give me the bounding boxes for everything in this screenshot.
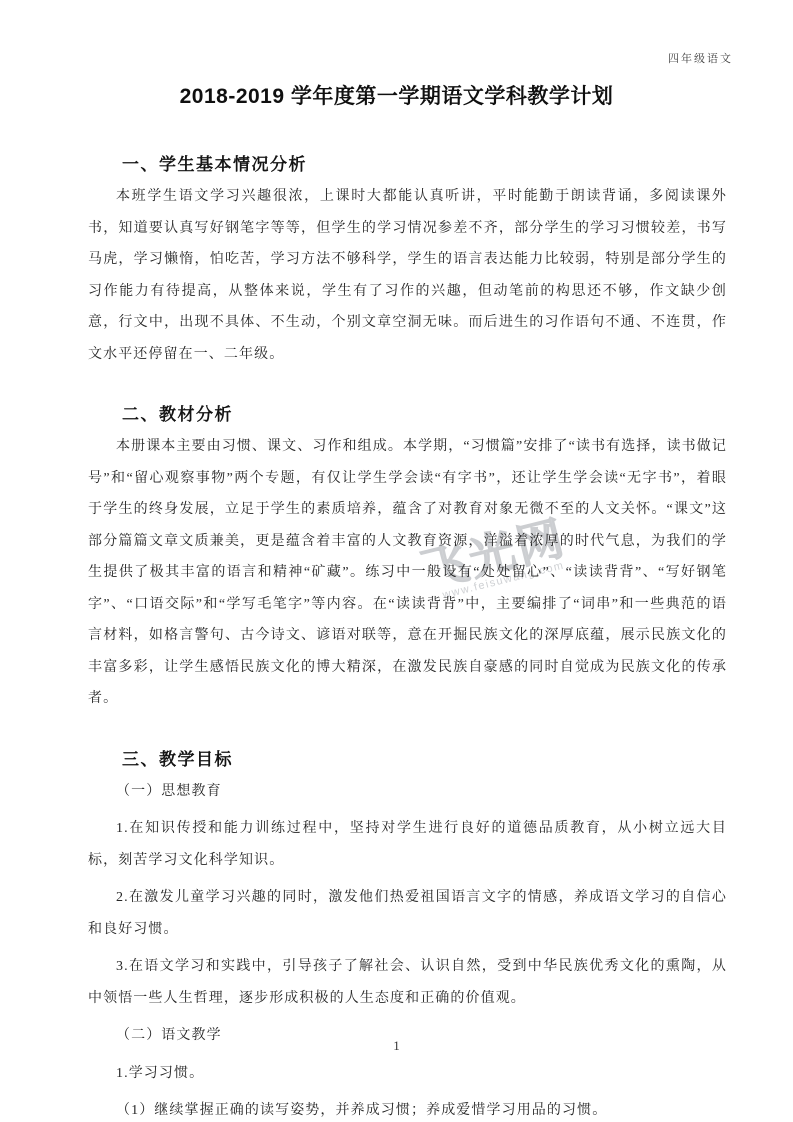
subheading-ideological-education: （一）思想教育	[88, 776, 727, 808]
section-heading-teaching-goals: 三、教学目标	[88, 745, 727, 770]
section-heading-textbook-analysis: 二、教材分析	[88, 400, 727, 425]
document-body: 一、学生基本情况分析 本班学生语文学习兴趣很浓，上课时大都能认真听讲，平时能勤于…	[0, 150, 793, 1122]
section-heading-student-analysis: 一、学生基本情况分析	[88, 150, 727, 175]
paragraph-goal-1: 1.在知识传授和能力训练过程中，坚持对学生进行良好的道德品质教育，从小树立远大目…	[88, 813, 727, 876]
paragraph-student-analysis: 本班学生语文学习兴趣很浓，上课时大都能认真听讲，平时能勤于朗读背诵，多阅读课外书…	[88, 181, 727, 370]
paragraph-goal-3: 3.在语文学习和实践中，引导孩子了解社会、认识自然，受到中华民族优秀文化的熏陶，…	[88, 951, 727, 1014]
document-page: 四年级语文 2018-2019 学年度第一学期语文学科教学计划 一、学生基本情况…	[0, 0, 793, 1122]
paragraph-goal-2: 2.在激发儿童学习兴趣的同时，激发他们热爱祖国语言文字的情感，养成语文学习的自信…	[88, 882, 727, 945]
header-grade-label: 四年级语文	[668, 50, 733, 66]
subheading-chinese-teaching: （二）语文教学	[88, 1020, 727, 1052]
paragraph-study-habits: 1.学习习惯。	[88, 1058, 727, 1090]
paragraph-textbook-analysis: 本册课本主要由习惯、课文、习作和组成。本学期，“习惯篇”安排了“读书有选择，读书…	[88, 431, 727, 715]
paragraph-study-habits-item-1: （1）继续掌握正确的读写姿势，并养成习惯；养成爱惜学习用品的习惯。	[88, 1095, 727, 1122]
